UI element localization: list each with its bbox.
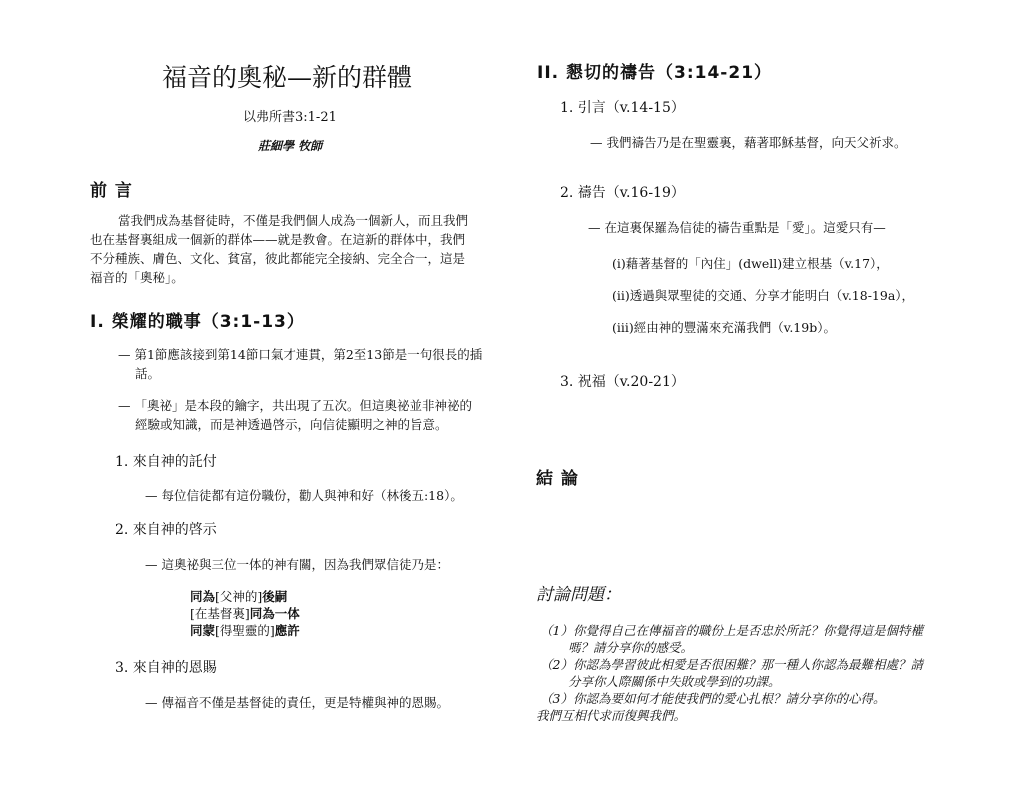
discussion-closing: 我們互相代求而復興我們。 bbox=[536, 707, 686, 724]
point-2-heading: 2. 來自神的啓示 bbox=[115, 519, 217, 539]
question-2-cont: 分享你人際關係中失敗或學到的功課。 bbox=[568, 673, 781, 690]
prayer-point-3-heading: 3. 祝福（v.20-21） bbox=[560, 371, 685, 391]
intro-line-4: 福音的「奧秘」。 bbox=[90, 268, 184, 287]
prayer-sub-item-1: (i)藉著基督的「內住」(dwell)建立根基（v.17）， bbox=[612, 254, 889, 273]
intro-heading: 前 言 bbox=[90, 176, 133, 201]
triad-3-b: [得聖靈的] bbox=[215, 623, 275, 638]
prayer-point-2-heading: 2. 禱告（v.16-19） bbox=[560, 182, 685, 202]
point-1-heading: 1. 來自神的託付 bbox=[115, 451, 217, 471]
triad-line-3: 同蒙[得聖靈的]應許 bbox=[190, 622, 300, 639]
question-3: （3）你認為要如何才能使我們的愛心扎根？請分享你的心得。 bbox=[540, 690, 885, 707]
prayer-sub-item-3: (iii)經由神的豐滿來充滿我們（v.19b）。 bbox=[612, 318, 836, 337]
question-1: （1）你覺得自己在傳福音的職份上是否忠於所託？你覺得這是個特權 bbox=[540, 622, 923, 639]
section-1-bullet-1-cont: 話。 bbox=[135, 364, 160, 383]
prayer-point-1-heading: 1. 引言（v.14-15） bbox=[560, 97, 685, 117]
section-1-heading: I. 榮耀的職事（3:1-13） bbox=[90, 307, 305, 332]
point-3-heading: 3. 來自神的恩賜 bbox=[115, 657, 217, 677]
triad-line-2: [在基督裏]同為一体 bbox=[190, 605, 300, 622]
triad-3-a: 同蒙 bbox=[190, 623, 215, 638]
triad-3-c: 應許 bbox=[275, 623, 300, 638]
prayer-point-1-text: — 我們禱告乃是在聖靈裏，藉著耶穌基督，向天父祈求。 bbox=[590, 133, 906, 152]
triad-1-b: [父神的] bbox=[215, 589, 262, 604]
point-2-text: — 這奧祕與三位一体的神有關，因為我們眾信徒乃是： bbox=[145, 555, 449, 574]
conclusion-heading: 結 論 bbox=[536, 464, 579, 489]
prayer-point-2-text: — 在這裏保羅為信徒的禱告重點是「愛」。這愛只有— bbox=[588, 218, 886, 237]
question-2: （2）你認為學習彼此相愛是否很困難？那一種人你認為最難相處？請 bbox=[540, 656, 923, 673]
intro-line-3: 不分種族、膚色、文化、貧富，彼此都能完全接納、完全合一，這是 bbox=[90, 249, 465, 268]
triad-2-b: [在基督裏] bbox=[190, 606, 250, 621]
triad-1-a: 同為 bbox=[190, 589, 215, 604]
triad-line-1: 同為[父神的]後嗣 bbox=[190, 588, 287, 605]
document-title: 福音的奧秘—新的群體 bbox=[162, 58, 412, 94]
point-3-text: — 傳福音不僅是基督徒的責任，更是特權與神的恩賜。 bbox=[145, 693, 449, 712]
section-1-bullet-2: — 「奧祕」是本段的鑰字，共出現了五次。但這奧祕並非神祕的 bbox=[118, 396, 472, 415]
point-1-text: — 每位信徒都有這份職份，勸人與神和好（林後五:18）。 bbox=[145, 486, 463, 505]
scripture-reference: 以弗所書3:1-21 bbox=[243, 106, 337, 125]
section-2-heading: II. 懇切的禱告（3:14-21） bbox=[537, 58, 772, 83]
section-1-bullet-2-cont: 經驗或知識，而是神透過啓示，向信徒顯明之神的旨意。 bbox=[135, 415, 448, 434]
discussion-heading: 討論問題： bbox=[536, 580, 621, 605]
author: 莊細學 牧師 bbox=[258, 137, 322, 154]
triad-1-c: 後嗣 bbox=[262, 589, 287, 604]
intro-line-2: 也在基督裏組成一個新的群体——就是教會。在這新的群体中，我們 bbox=[90, 230, 465, 249]
prayer-sub-item-2: (ii)透過與眾聖徒的交通、分享才能明白（v.18-19a）， bbox=[612, 286, 914, 305]
section-1-bullet-1: — 第1節應該接到第14節口氣才連貫，第2至13節是一句很長的插 bbox=[118, 345, 482, 364]
intro-line-1: 當我們成為基督徒時，不僅是我們個人成為一個新人，而且我們 bbox=[118, 211, 468, 230]
question-1-cont: 嗎？請分享你的感受。 bbox=[568, 639, 693, 656]
triad-2-c: 同為一体 bbox=[250, 606, 300, 621]
